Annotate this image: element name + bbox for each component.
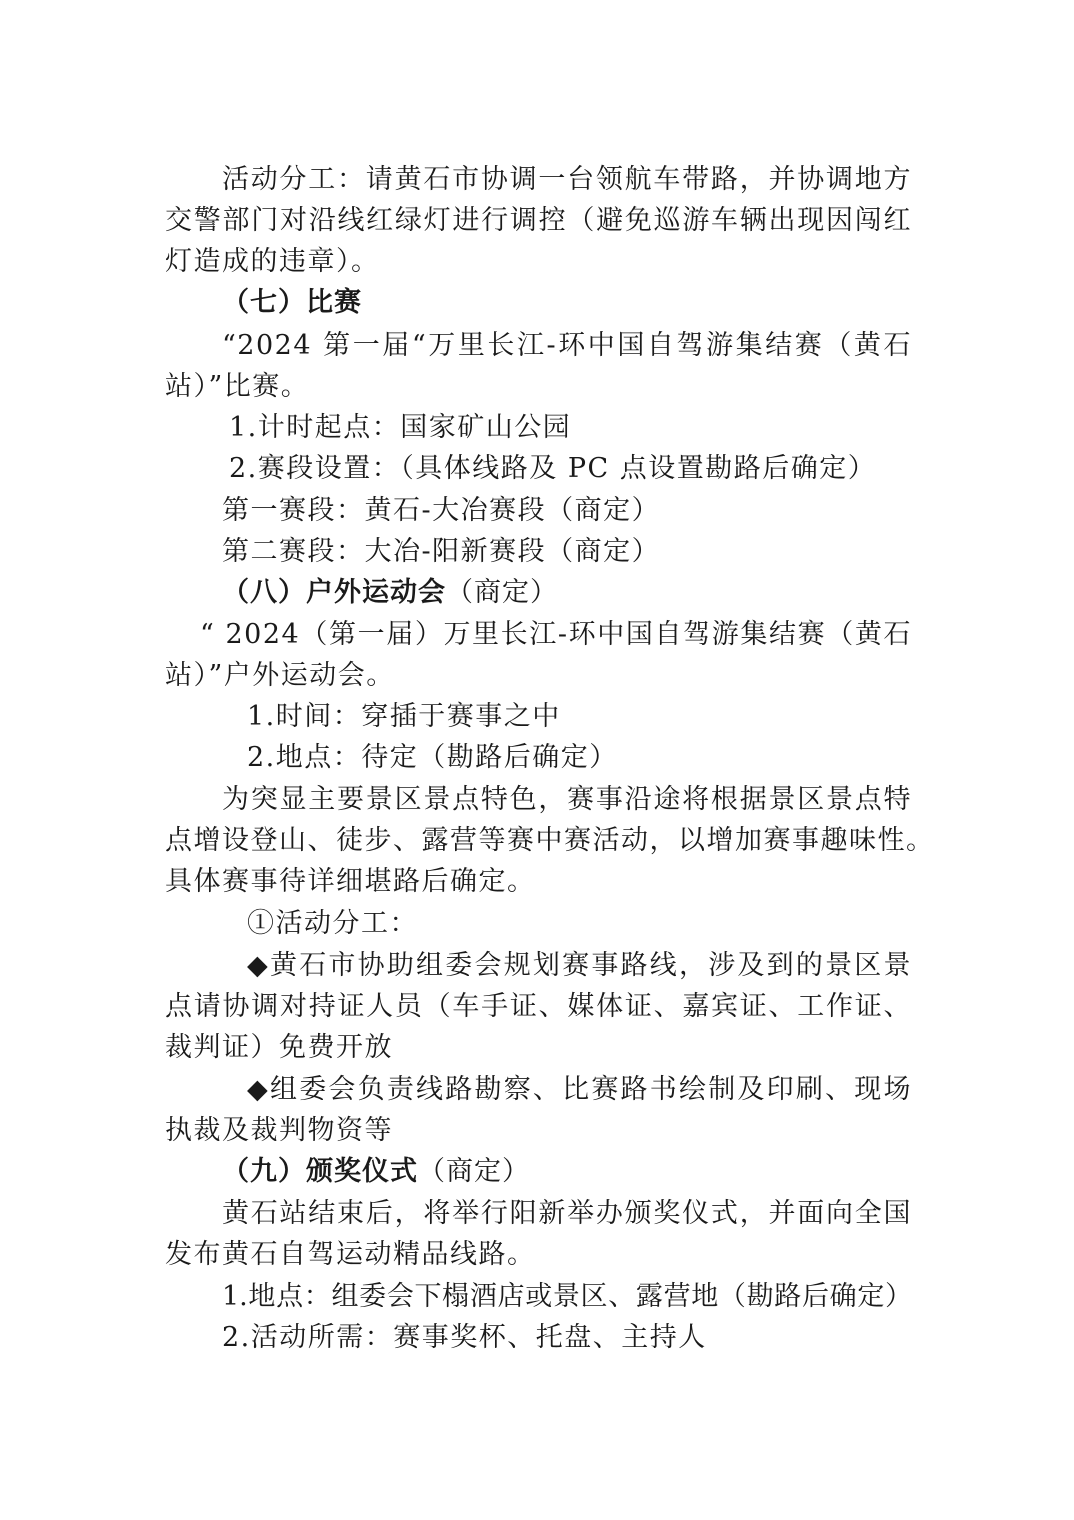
paragraph-line: 点请协调对持证人员（车手证、媒体证、嘉宾证、工作证、 bbox=[165, 987, 912, 1027]
paragraph-line: 执裁及裁判物资等 bbox=[165, 1111, 915, 1151]
paragraph-line: 站）”户外运动会。 bbox=[165, 656, 915, 696]
heading-note: （商定） bbox=[418, 1156, 530, 1187]
list-item: 1.计时起点：国家矿山公园 bbox=[229, 408, 979, 448]
paragraph-line: 交警部门对沿线红绿灯进行调控（避免巡游车辆出现因闯红 bbox=[165, 201, 912, 241]
heading-text: （七）比赛 bbox=[222, 287, 362, 318]
list-item: 2.地点：待定（勘路后确定） bbox=[247, 738, 997, 778]
paragraph-line: 黄石站结束后，将举行阳新举办颁奖仪式，并面向全国 bbox=[222, 1194, 912, 1234]
list-item: 1.地点：组委会下榻酒店或景区、露营地（勘路后确定） bbox=[222, 1277, 912, 1317]
paragraph-line: 第二赛段：大冶-阳新赛段（商定） bbox=[222, 532, 972, 572]
bullet-item: ◆黄石市协助组委会规划赛事路线，涉及到的景区景 bbox=[247, 946, 912, 986]
paragraph-line: 点增设登山、徒步、露营等赛中赛活动，以增加赛事趣味性。 bbox=[165, 821, 915, 861]
paragraph-line: “ 2024（第一届）万里长江-环中国自驾游集结赛（黄石 bbox=[200, 615, 912, 655]
paragraph-line: 发布黄石自驾运动精品线路。 bbox=[165, 1235, 915, 1275]
section-heading-eight: （八）户外运动会（商定） bbox=[222, 573, 972, 613]
paragraph-line: 站）”比赛。 bbox=[165, 367, 915, 407]
section-heading-nine: （九）颁奖仪式（商定） bbox=[222, 1152, 972, 1192]
paragraph-line: 灯造成的违章）。 bbox=[165, 242, 915, 282]
heading-text: （八）户外运动会 bbox=[222, 577, 446, 608]
list-item: ①活动分工： bbox=[247, 904, 997, 944]
list-item: 2.活动所需：赛事奖杯、托盘、主持人 bbox=[222, 1318, 972, 1358]
list-item: 2.赛段设置：（具体线路及 PC 点设置勘路后确定） bbox=[229, 449, 979, 489]
paragraph-line: 裁判证）免费开放 bbox=[165, 1028, 915, 1068]
bullet-item: ◆组委会负责线路勘察、比赛路书绘制及印刷、现场 bbox=[247, 1070, 912, 1110]
paragraph-line: 具体赛事待详细堪路后确定。 bbox=[165, 862, 915, 902]
paragraph-line: “2024 第一届“万里长江-环中国自驾游集结赛（黄石 bbox=[222, 326, 912, 366]
section-heading-seven: （七）比赛 bbox=[222, 283, 972, 323]
list-item: 1.时间：穿插于赛事之中 bbox=[247, 697, 997, 737]
heading-text: （九）颁奖仪式 bbox=[222, 1156, 418, 1187]
paragraph-line: 为突显主要景区景点特色，赛事沿途将根据景区景点特 bbox=[222, 780, 912, 820]
paragraph-line: 第一赛段：黄石-大冶赛段（商定） bbox=[222, 491, 972, 531]
document-page: 活动分工：请黄石市协调一台领航车带路，并协调地方 交警部门对沿线红绿灯进行调控（… bbox=[0, 0, 1074, 1520]
paragraph-line: 活动分工：请黄石市协调一台领航车带路，并协调地方 bbox=[222, 160, 912, 200]
heading-note: （商定） bbox=[446, 577, 558, 608]
